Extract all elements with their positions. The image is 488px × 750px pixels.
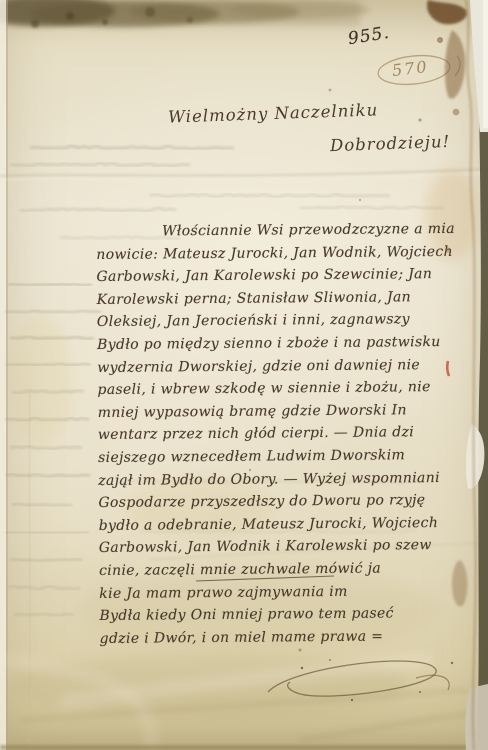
scanned-letter-page: 955. 570 Wielmożny Naczelniku Dobrodziej… [0,0,488,750]
ghost-script-stroke [300,206,444,209]
left-scan-edge [0,0,30,750]
ghost-script-stroke [8,284,92,285]
bottom-crumple [0,660,488,750]
ghost-script-stroke [10,559,82,561]
handwritten-line: zajął im Bydło do Obory. — Wyżej wspomni… [98,466,462,492]
handwritten-line: nowicie: Mateusz Jurocki, Jan Wodnik, Wo… [96,240,460,266]
handwritten-line: Bydło po między sienno i zboże i na past… [97,331,461,357]
handwritten-line: cinie, zaczęli mnie zuchwale mówić ja [99,557,463,583]
ghost-script-stroke [6,363,90,365]
handwritten-line: Bydła kiedy Oni mniej prawo tem paseć [99,602,463,628]
ghost-script-stroke [12,390,84,393]
handwritten-line: gdzie i Dwór, i on miel mame prawa = [100,624,464,650]
ghost-script-stroke [10,337,94,339]
ghost-script-stroke [30,146,234,149]
handwritten-line: bydło a odebranie, Mateusz Jurocki, Wojc… [99,512,463,538]
ghost-script-stroke [150,194,390,197]
handwritten-line: Gospodarze przyszedłszy do Dworu po rzyj… [98,489,462,515]
top-stain-band [0,0,370,28]
handwritten-line: wentarz przez nich głód cierpi. — Dnia d… [98,421,462,447]
ghost-script-stroke [10,163,190,166]
handwritten-line: paseli, i wbrew szkodę w siennie i zbożu… [97,376,461,402]
ghost-script-stroke [20,208,176,211]
handwritten-line: Garbowski, Jan Wodnik i Karolewski po sz… [99,534,463,560]
handwritten-line: mniej wypasowią bramę gdzie Dworski In [98,399,462,425]
handwritten-line: kie Ja mam prawo zajmywania im [99,579,463,605]
handwritten-line: Włościannie Wsi przewodzczyzne a mia [96,218,460,244]
handwritten-line: wydzernia Dworskiej, gdzie oni dawniej n… [97,353,461,379]
ghost-script-stroke [6,474,90,476]
handwritten-line: siejszego wznecedłem Ludwim Dworskim [98,444,462,470]
ghost-script-stroke [8,586,80,589]
ghost-script-stroke [10,446,82,448]
signature-flourish-icon [268,659,453,701]
handwritten-line: Karolewski perna; Stanisław Sliwonia, Ja… [97,286,461,312]
body-text: Włościannie Wsi przewodzczyzne a mianowi… [96,218,464,650]
salutation-line-2: Dobrodzieju! [330,132,451,155]
handwritten-line: Garbowski, Jan Karolewski po Szewcinie; … [96,263,460,289]
ghost-script-stroke [14,614,74,616]
handwritten-line: Oleksiej, Jan Jerocieński i inni, zagnaw… [97,308,461,334]
folio-number: 570 [391,57,430,80]
ghost-script-stroke [12,504,72,506]
ghost-script-stroke [5,310,101,312]
archive-number: 955. [347,23,391,49]
salutation-line-1: Wielmożny Naczelniku [168,100,379,126]
ghost-script-stroke [5,532,89,533]
ghost-script-stroke [5,418,89,420]
